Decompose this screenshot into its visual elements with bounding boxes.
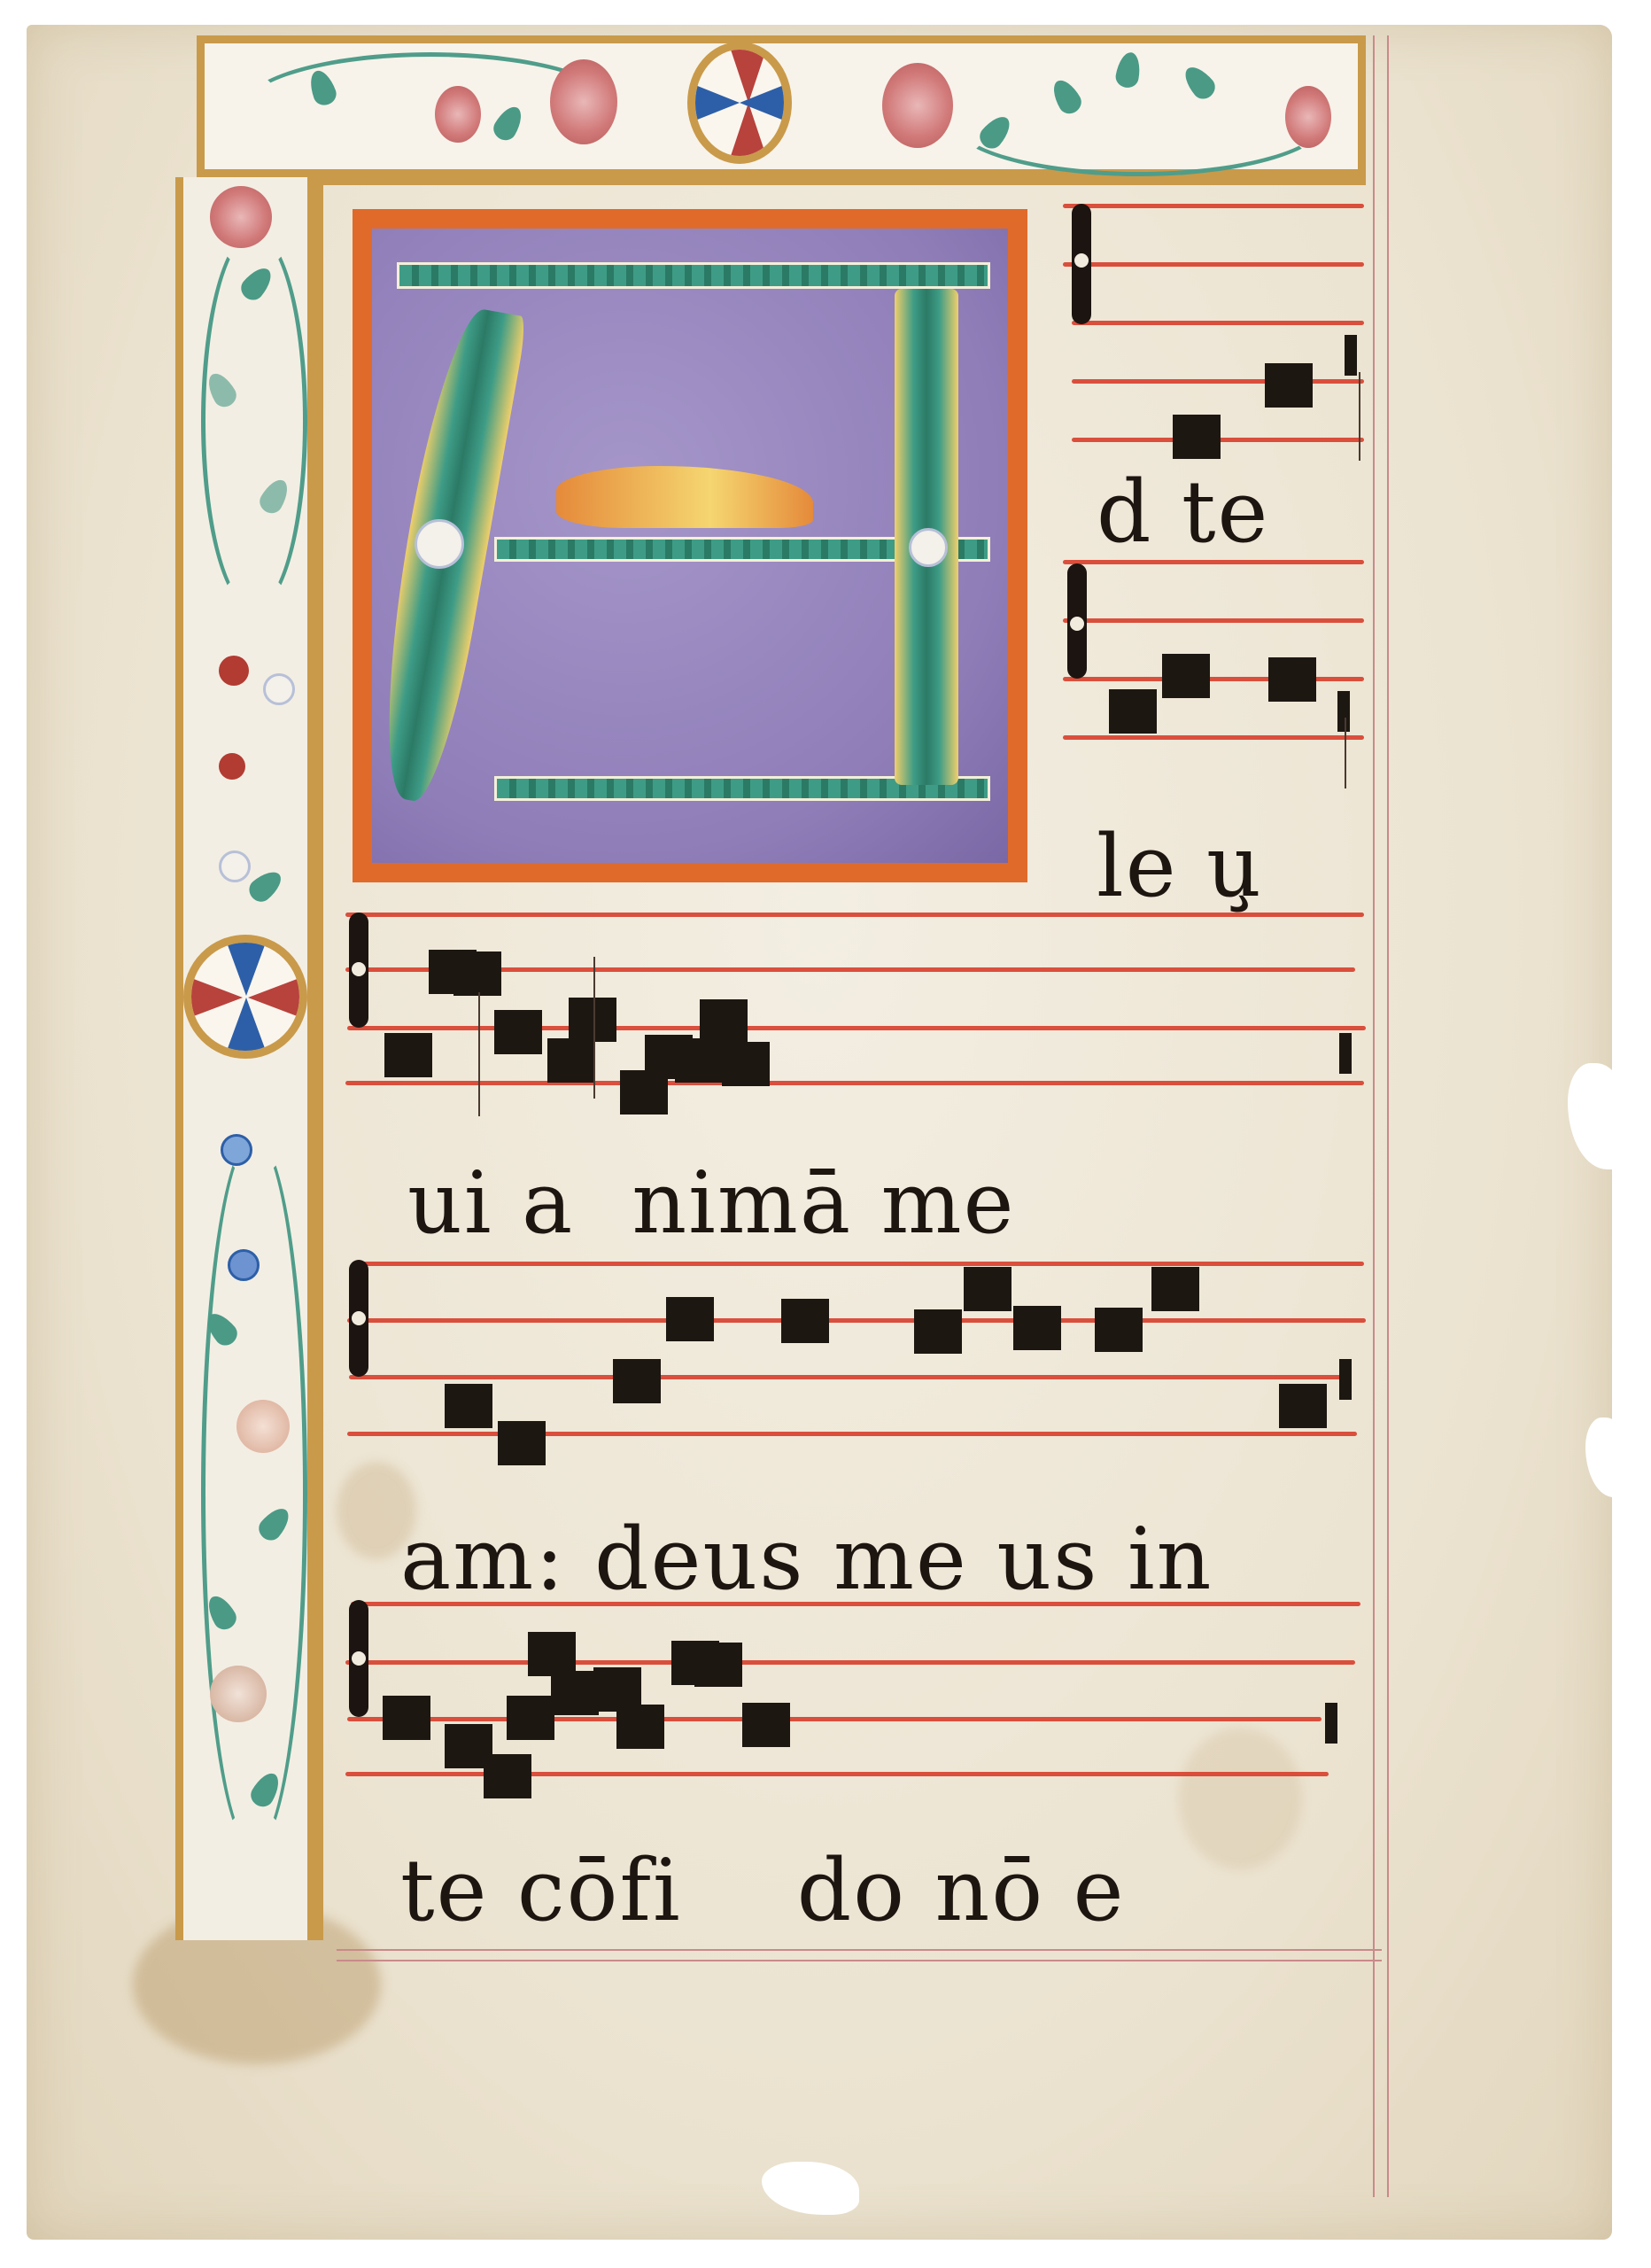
rose-icon xyxy=(219,753,245,780)
neume xyxy=(1109,689,1157,734)
c-clef-icon xyxy=(1067,563,1087,679)
lyric-line-2: le u̧ xyxy=(1097,824,1263,909)
neume xyxy=(1013,1306,1061,1350)
neume xyxy=(964,1267,1012,1311)
flower-icon xyxy=(219,850,251,882)
initial-top-bar xyxy=(397,262,990,289)
illuminated-initial-a xyxy=(353,209,1027,882)
neume xyxy=(384,1033,432,1077)
neume xyxy=(666,1297,714,1341)
neume xyxy=(494,1010,542,1054)
rose-icon xyxy=(882,63,953,148)
flower-icon xyxy=(221,1134,252,1166)
rose-icon xyxy=(435,86,481,143)
neume xyxy=(445,1384,492,1428)
margin-rule xyxy=(337,1960,1382,1961)
neume xyxy=(547,1038,595,1083)
neume xyxy=(484,1754,531,1798)
custos xyxy=(1337,691,1350,732)
neume xyxy=(694,1643,742,1687)
rose-icon xyxy=(236,1400,290,1453)
rose-icon xyxy=(210,1666,267,1722)
neume xyxy=(551,1671,599,1715)
neume xyxy=(383,1696,430,1740)
neume xyxy=(498,1421,546,1465)
rose-icon xyxy=(210,186,272,248)
neume xyxy=(781,1299,829,1343)
neume xyxy=(616,1705,664,1749)
c-clef-icon xyxy=(349,913,368,1028)
lyric-line-3: ui a nimā me xyxy=(407,1161,1015,1246)
margin-rule xyxy=(1373,35,1375,2197)
neume xyxy=(722,1042,770,1086)
cross-roundel-icon xyxy=(687,42,792,164)
gold-frame-line xyxy=(315,177,1366,185)
neume xyxy=(507,1696,554,1740)
lyric-line-1: d te xyxy=(1097,470,1269,555)
neume xyxy=(1173,415,1221,459)
neume xyxy=(528,1632,576,1676)
top-border-band xyxy=(197,35,1366,177)
cross-roundel-icon xyxy=(183,935,307,1059)
rose-icon xyxy=(1285,86,1331,148)
custos xyxy=(1325,1703,1337,1744)
left-border-band xyxy=(175,177,315,1940)
neume xyxy=(569,998,616,1042)
neume xyxy=(453,951,501,996)
gold-frame-line xyxy=(315,177,323,1940)
vine-decoration xyxy=(201,1134,307,1852)
custos xyxy=(1339,1033,1352,1074)
lyric-line-4: am: deus me us in xyxy=(400,1517,1213,1602)
c-clef-icon xyxy=(349,1600,368,1717)
leaf-icon xyxy=(244,866,286,906)
water-stain xyxy=(1178,1728,1302,1869)
flower-icon xyxy=(909,528,948,567)
neume xyxy=(1162,654,1210,698)
margin-rule xyxy=(337,1949,1382,1951)
rose-icon xyxy=(550,59,617,144)
neume xyxy=(914,1309,962,1354)
lyric-line-5: te cōfi do nō e xyxy=(400,1848,1125,1933)
rose-icon xyxy=(219,656,249,686)
neume xyxy=(1279,1384,1327,1428)
neume xyxy=(742,1703,790,1747)
c-clef-icon xyxy=(1072,204,1091,324)
flower-icon xyxy=(415,519,464,569)
custos xyxy=(1339,1359,1352,1400)
c-clef-icon xyxy=(349,1260,368,1377)
neume xyxy=(1095,1308,1143,1352)
flower-icon xyxy=(263,673,295,705)
flower-icon xyxy=(228,1249,260,1281)
neume xyxy=(1268,657,1316,702)
neume xyxy=(613,1359,661,1403)
neume xyxy=(1151,1267,1199,1311)
neume xyxy=(700,999,748,1044)
custos xyxy=(1345,335,1357,376)
margin-rule xyxy=(1387,35,1389,2197)
neume xyxy=(1265,363,1313,408)
neume xyxy=(675,1038,723,1083)
